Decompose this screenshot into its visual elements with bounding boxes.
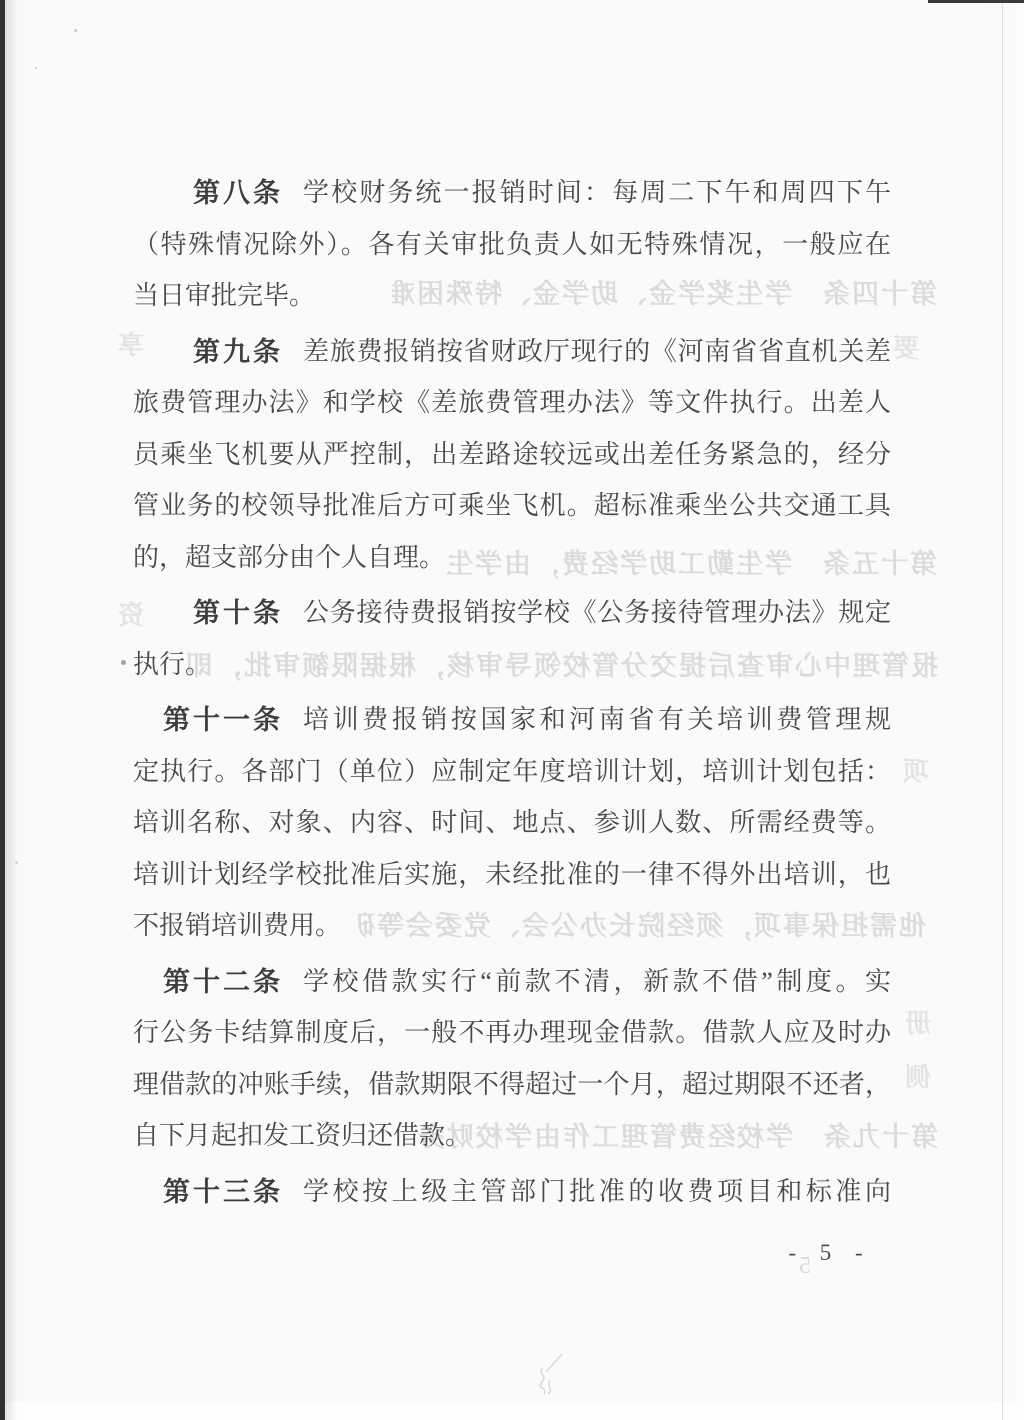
article-number: 第十二条: [133, 965, 283, 1017]
article-10: 第十条 公务接待费报销按学校《公务接待管理办法》规定 执行。: [133, 596, 891, 699]
text-line: 第十三条 学校按上级主管部门批准的收费项目和标准向: [133, 1175, 891, 1227]
article-12: 第十二条 学校借款实行“前款不清，新款不借”制度。实 行公务卡结算制度后，一般不…: [133, 965, 891, 1171]
article-text: 学校借款实行“前款不清，新款不借”制度。实: [303, 965, 891, 1017]
text-line: 培训计划经学校批准后实施，未经批准的一律不得外出培训，也: [133, 858, 891, 910]
article-text: 培训费报销按国家和河南省有关培训费管理规: [303, 703, 891, 755]
text-line: 执行。: [133, 648, 891, 700]
text-line: 定执行。各部门（单位）应制定年度培训计划，培训计划包括：: [133, 755, 891, 807]
article-number: 第十一条: [133, 703, 283, 755]
document-body: 第八条 学校财务统一报销时间：每周二下午和周四下午 （特殊情况除外）。各有关审批…: [133, 176, 891, 1226]
article-number: 第八条: [133, 176, 283, 228]
text-line: 自下月起扣发工资归还借款。: [133, 1119, 891, 1171]
scanner-edge-fade: [5, 0, 17, 1420]
document-page: { "page": { "number_label": "- 5 -", "gh…: [0, 0, 1024, 1420]
text-line: 第十二条 学校借款实行“前款不清，新款不借”制度。实: [133, 965, 891, 1017]
article-text: 学校财务统一报销时间：每周二下午和周四下午: [303, 176, 891, 228]
text-line: 的，超支部分由个人自理。: [133, 541, 891, 593]
article-9: 第九条 差旅费报销按省财政厅现行的《河南省省直机关差 旅费管理办法》和学校《差旅…: [133, 335, 891, 593]
paper-bottom-edge: [0, 1402, 1024, 1420]
scan-speck: [35, 67, 37, 69]
article-text: 差旅费报销按省财政厅现行的《河南省省直机关差: [303, 335, 891, 387]
text-line: （特殊情况除外）。各有关审批负责人如无特殊情况，一般应在: [133, 228, 891, 280]
text-line: 第十条 公务接待费报销按学校《公务接待管理办法》规定: [133, 596, 891, 648]
text-line: 第九条 差旅费报销按省财政厅现行的《河南省省直机关差: [133, 335, 891, 387]
text-line: 行公务卡结算制度后，一般不再办理现金借款。借款人应及时办: [133, 1016, 891, 1068]
text-line: 管业务的校领导批准后方可乘坐飞机。超标准乘坐公共交通工具: [133, 489, 891, 541]
article-13: 第十三条 学校按上级主管部门批准的收费项目和标准向: [133, 1175, 891, 1227]
article-text: 学校按上级主管部门批准的收费项目和标准向: [303, 1175, 891, 1227]
article-number: 第十三条: [133, 1175, 283, 1227]
article-8: 第八条 学校财务统一报销时间：每周二下午和周四下午 （特殊情况除外）。各有关审批…: [133, 176, 891, 331]
bleed-through-fragment: 项: [903, 756, 929, 786]
ink-dot-mark: [121, 660, 126, 665]
text-line: 旅费管理办法》和学校《差旅费管理办法》等文件执行。出差人: [133, 386, 891, 438]
bleed-through-fragment: 册: [905, 1008, 931, 1038]
article-text: 公务接待费报销按学校《公务接待管理办法》规定: [303, 596, 891, 648]
text-line: 第十一条 培训费报销按国家和河南省有关培训费管理规: [133, 703, 891, 755]
scan-speck: [74, 29, 77, 32]
pencil-smudge: [532, 1352, 576, 1398]
bleed-through-fragment: 侧: [905, 1062, 931, 1092]
text-line: 员乘坐飞机要从严控制，出差路途较远或出差任务紧急的，经分: [133, 438, 891, 490]
article-number: 第九条: [133, 335, 283, 387]
text-line: 当日审批完毕。: [133, 279, 891, 331]
text-line: 培训名称、对象、内容、时间、地点、参训人数、所需经费等。: [133, 806, 891, 858]
article-number: 第十条: [133, 596, 283, 648]
scanner-edge-top: [928, 0, 1024, 3]
text-line: 不报销培训费用。: [133, 909, 891, 961]
paper-edge-line: [1002, 0, 1003, 1420]
text-line: 第八条 学校财务统一报销时间：每周二下午和周四下午: [133, 176, 891, 228]
text-line: 理借款的冲账手续，借款期限不得超过一个月，超过期限不还者，: [133, 1068, 891, 1120]
article-11: 第十一条 培训费报销按国家和河南省有关培训费管理规 定执行。各部门（单位）应制定…: [133, 703, 891, 961]
page-number: - 5 -: [765, 1240, 895, 1266]
bleed-through-fragment: 要: [893, 333, 919, 363]
